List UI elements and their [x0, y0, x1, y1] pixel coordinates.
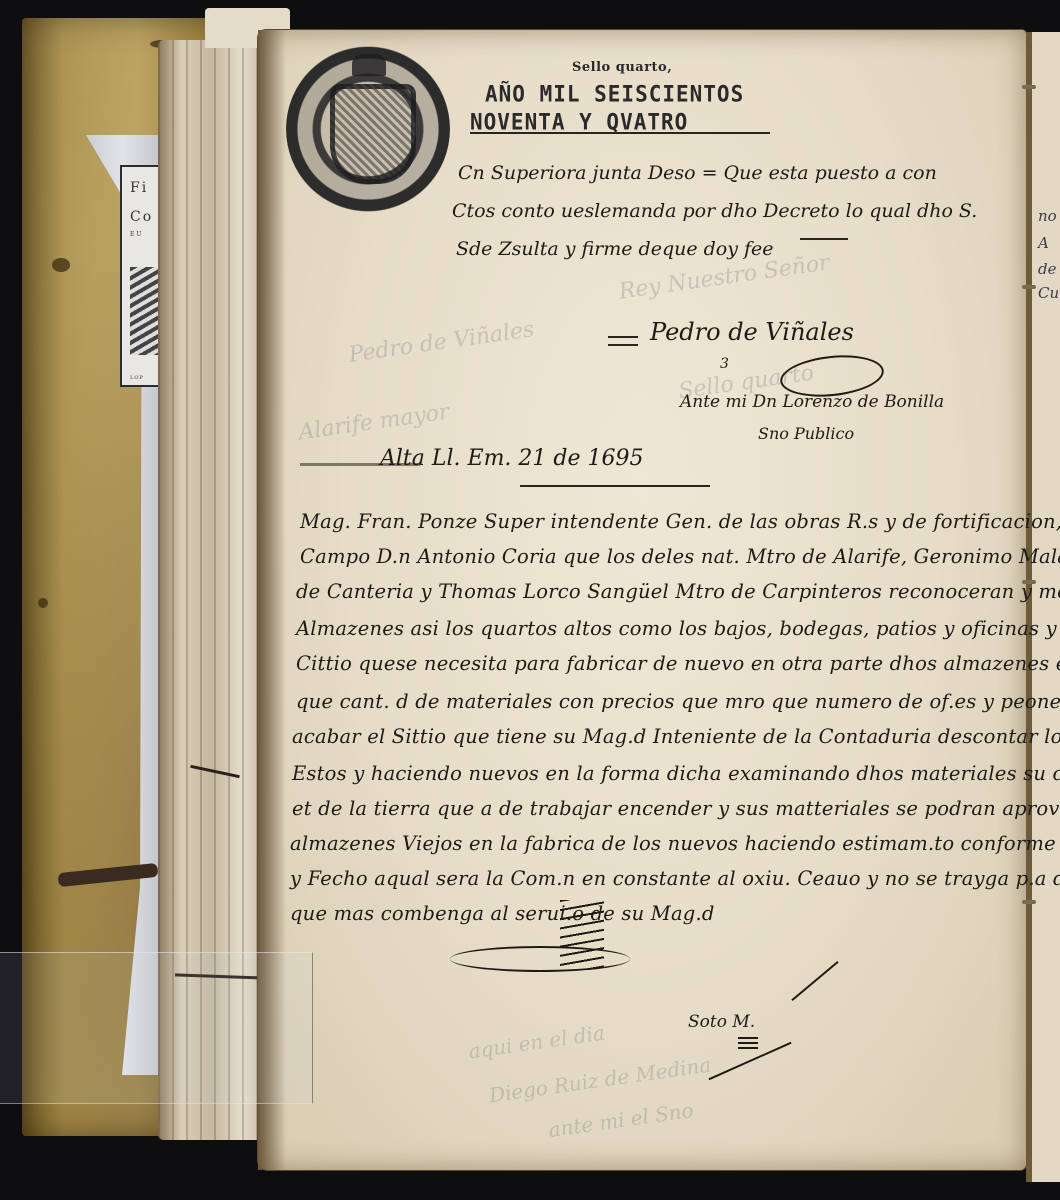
signature-dash: [608, 344, 638, 346]
facing-page-text: no: [1038, 205, 1057, 227]
header-line-2: Ctos conto ueslemanda por dho Decreto lo…: [452, 200, 977, 222]
binding-thread: [1026, 32, 1032, 1182]
signature-pedro-de-vinales: Pedro de Viñales: [650, 318, 854, 346]
body-line: que mas combenga al serui.o de su Mag.d: [290, 902, 715, 925]
seal-underline: [470, 132, 770, 134]
rubric-tail: [450, 946, 630, 972]
body-line: Almazenes asi los quartos altos como los…: [296, 617, 1060, 640]
date-line: Alta Ll. Em. 21 de 1695: [380, 446, 643, 471]
body-line: que cant. d de materiales con precios qu…: [296, 690, 1060, 713]
signature-lorenzo: Ante mi Dn Lorenzo de Bonilla: [680, 392, 944, 412]
body-line: almazenes Viejos en la fabrica de los nu…: [290, 832, 1060, 855]
notary-signature: Soto M.: [688, 1012, 755, 1032]
facing-page-text: de: [1038, 258, 1056, 280]
seal-year-line2: NOVENTA Y QVATRO: [470, 109, 688, 134]
header-line-dash: [800, 238, 848, 240]
notary-mark: [738, 1037, 758, 1049]
body-line: de Canteria y Thomas Lorco Sangüel Mtro …: [296, 580, 1060, 603]
binding-stitch: [1022, 900, 1036, 904]
signature-title-escribano: Sno Publico: [758, 424, 854, 443]
seal-year-line1: AÑO MIL SEISCIENTOS: [485, 81, 744, 106]
seal-type-label: Sello quarto,: [572, 60, 672, 75]
crown-icon: [352, 54, 386, 76]
label-footer: LOP: [130, 375, 144, 381]
bleed-through-text: aqui en el dia: [467, 1021, 606, 1064]
bleed-through-text: ante mi el Sno: [547, 1098, 695, 1142]
body-line: Campo D.n Antonio Coria que los deles na…: [300, 545, 1060, 568]
binding-stitch: [1022, 85, 1036, 89]
body-line: et de la tierra que a de trabajar encend…: [292, 797, 1060, 820]
body-line: acabar el Sittio que tiene su Mag.d Inte…: [292, 725, 1060, 748]
signature-dash: [608, 336, 638, 338]
cover-stain: [52, 258, 70, 272]
body-line: Cittio quese necesita para fabricar de n…: [296, 652, 1060, 675]
shield-icon: [330, 84, 416, 184]
bleed-through-text: Alarife mayor: [297, 400, 451, 446]
binding-stitch: [1022, 285, 1036, 289]
header-line-1: Cn Superiora junta Deso = Que esta puest…: [458, 162, 937, 184]
date-underline: [520, 485, 710, 487]
acetate-sleeve: [0, 952, 313, 1104]
cover-stain: [38, 598, 48, 608]
signature-mark: 3: [720, 356, 729, 372]
facing-page-text: Cu: [1038, 282, 1059, 304]
header-line-3: Sde Zsulta y firme deque doy fee: [456, 238, 774, 260]
bleed-through-text: Pedro de Viñales: [347, 317, 536, 368]
body-line: y Fecho aqual sera la Com.n en constante…: [290, 867, 1060, 890]
body-line: Mag. Fran. Ponze Super intendente Gen. d…: [300, 510, 1060, 533]
body-line: Estos y haciendo nuevos en la forma dich…: [292, 762, 1060, 785]
facing-page-text: A: [1038, 232, 1049, 254]
